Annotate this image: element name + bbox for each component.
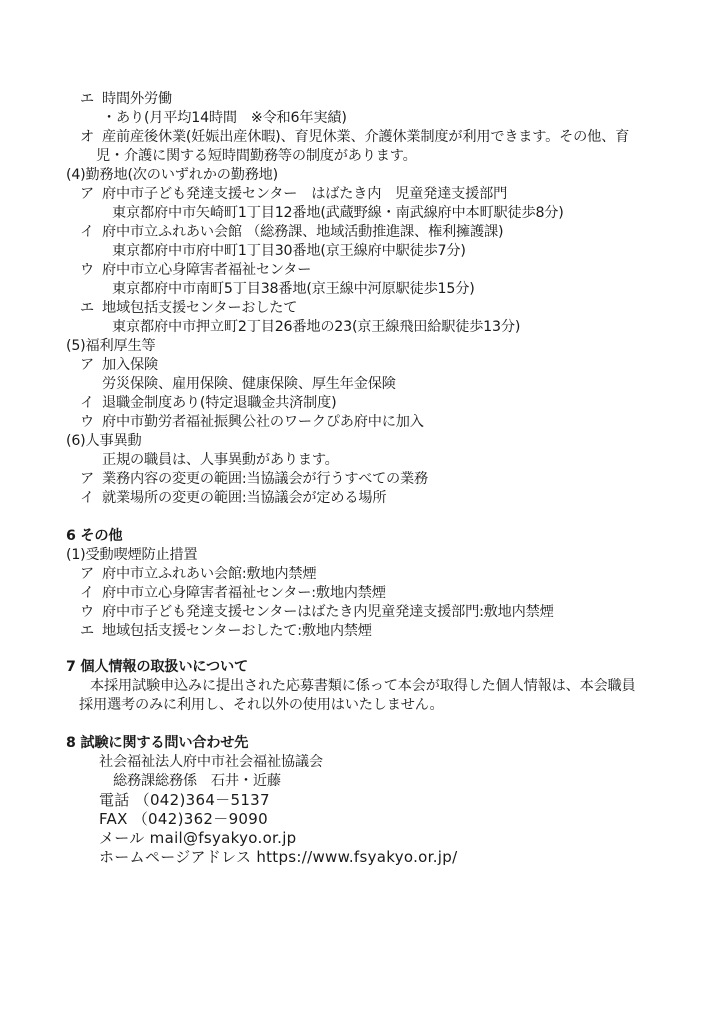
transfer-heading: (6)人事異動 <box>66 432 141 451</box>
privacy-text-line1: 本採用試験申込みに提出された応募書類に係って本会が取得した個人情報は、本会職員 <box>90 677 636 696</box>
overtime-item: エ時間外労働 <box>80 90 172 109</box>
transfer-item: イ就業場所の変更の範囲:当協議会が定める場所 <box>80 489 386 508</box>
workplace-address: 東京都府中市南町5丁目38番地(京王線中河原駅徒歩15分) <box>112 280 475 299</box>
item-mark: ア <box>80 565 102 584</box>
leave-text-line1: 産前産後休業(妊娠出産休暇)、育児休業、介護休業制度が利用できます。その他、育 <box>102 129 629 145</box>
item-mark: ウ <box>80 413 102 432</box>
item-mark: ア <box>80 470 102 489</box>
leave-item: オ産前産後休業(妊娠出産休暇)、育児休業、介護休業制度が利用できます。その他、育 <box>80 128 629 147</box>
item-mark: イ <box>80 223 102 242</box>
welfare-item: ア加入保険 <box>80 356 158 375</box>
item-mark: エ <box>80 622 102 641</box>
welfare-text: 加入保険 <box>102 357 158 373</box>
section-7-heading: 7 個人情報の取扱いについて <box>66 658 248 677</box>
section-8-heading: 8 試験に関する問い合わせ先 <box>66 734 248 753</box>
contact-org: 社会福祉法人府中市社会福祉協議会 <box>99 753 323 772</box>
welfare-item: ウ府中市勤労者福祉振興公社のワークぴあ府中に加入 <box>80 413 424 432</box>
contact-website[interactable]: ホームページアドレス https://www.fsyakyo.or.jp/ <box>99 848 457 867</box>
smoking-item: ウ府中市子ども発達支援センターはばたき内児童発達支援部門:敷地内禁煙 <box>80 603 554 622</box>
item-mark: エ <box>80 90 102 109</box>
workplace-item: エ地域包括支援センターおしたて <box>80 299 297 318</box>
smoking-text: 府中市立ふれあい会館:敷地内禁煙 <box>102 566 316 582</box>
smoking-item: エ地域包括支援センターおしたて:敷地内禁煙 <box>80 622 372 641</box>
workplace-heading: (4)勤務地(次のいずれかの勤務地) <box>66 166 278 185</box>
workplace-item: ウ府中市立心身障害者福祉センター <box>80 261 311 280</box>
workplace-address: 東京都府中市押立町2丁目26番地の23(京王線飛田給駅徒歩13分) <box>112 318 520 337</box>
welfare-text: 退職金制度あり(特定退職金共済制度) <box>102 395 336 411</box>
smoking-item: イ府中市立心身障害者福祉センター:敷地内禁煙 <box>80 584 386 603</box>
smoking-text: 府中市立心身障害者福祉センター:敷地内禁煙 <box>102 585 386 601</box>
overtime-title: 時間外労働 <box>102 91 172 107</box>
privacy-text-line2: 採用選考のみに利用し、それ以外の使用はいたしません。 <box>79 696 444 715</box>
welfare-detail: 労災保険、雇用保険、健康保険、厚生年金保険 <box>102 375 396 394</box>
contact-dept: 総務課総務係 石井・近藤 <box>113 772 281 791</box>
smoking-text: 府中市子ども発達支援センターはばたき内児童発達支援部門:敷地内禁煙 <box>102 604 554 620</box>
contact-email[interactable]: メール mail@fsyakyo.or.jp <box>99 829 297 848</box>
item-mark: オ <box>80 128 102 147</box>
smoking-heading: (1)受動喫煙防止措置 <box>66 546 197 565</box>
workplace-name: 府中市立ふれあい会館 （総務課、地域活動推進課、権利擁護課) <box>102 224 503 240</box>
workplace-name: 府中市子ども発達支援センター はばたき内 児童発達支援部門 <box>102 186 507 202</box>
item-mark: ウ <box>80 603 102 622</box>
document-page: エ時間外労働 ・あり(月平均14時間 ※令和6年実績) オ産前産後休業(妊娠出産… <box>0 0 724 1024</box>
section-6-heading: 6 その他 <box>66 527 122 546</box>
item-mark: ア <box>80 356 102 375</box>
transfer-item: ア業務内容の変更の範囲:当協議会が行うすべての業務 <box>80 470 428 489</box>
welfare-text: 府中市勤労者福祉振興公社のワークぴあ府中に加入 <box>102 414 424 430</box>
item-mark: イ <box>80 489 102 508</box>
workplace-item: イ府中市立ふれあい会館 （総務課、地域活動推進課、権利擁護課) <box>80 223 503 242</box>
workplace-item: ア府中市子ども発達支援センター はばたき内 児童発達支援部門 <box>80 185 507 204</box>
item-mark: イ <box>80 394 102 413</box>
contact-phone: 電話 （042)364－5137 <box>99 791 270 810</box>
item-mark: イ <box>80 584 102 603</box>
transfer-text: 就業場所の変更の範囲:当協議会が定める場所 <box>102 490 386 506</box>
workplace-name: 地域包括支援センターおしたて <box>102 300 297 316</box>
transfer-intro: 正規の職員は、人事異動があります。 <box>102 451 339 470</box>
smoking-text: 地域包括支援センターおしたて:敷地内禁煙 <box>102 623 372 639</box>
smoking-item: ア府中市立ふれあい会館:敷地内禁煙 <box>80 565 316 584</box>
welfare-heading: (5)福利厚生等 <box>66 337 155 356</box>
workplace-address: 東京都府中市矢崎町1丁目12番地(武蔵野線・南武線府中本町駅徒歩8分) <box>112 204 564 223</box>
item-mark: エ <box>80 299 102 318</box>
workplace-name: 府中市立心身障害者福祉センター <box>102 262 311 278</box>
welfare-item: イ退職金制度あり(特定退職金共済制度) <box>80 394 336 413</box>
contact-fax: FAX （042)362－9090 <box>99 810 268 829</box>
item-mark: ア <box>80 185 102 204</box>
item-mark: ウ <box>80 261 102 280</box>
leave-text-line2: 児・介護に関する短時間勤務等の制度があります。 <box>96 147 417 166</box>
overtime-detail: ・あり(月平均14時間 ※令和6年実績) <box>102 109 347 128</box>
workplace-address: 東京都府中市府中町1丁目30番地(京王線府中駅徒歩7分) <box>112 242 466 261</box>
transfer-text: 業務内容の変更の範囲:当協議会が行うすべての業務 <box>102 471 428 487</box>
